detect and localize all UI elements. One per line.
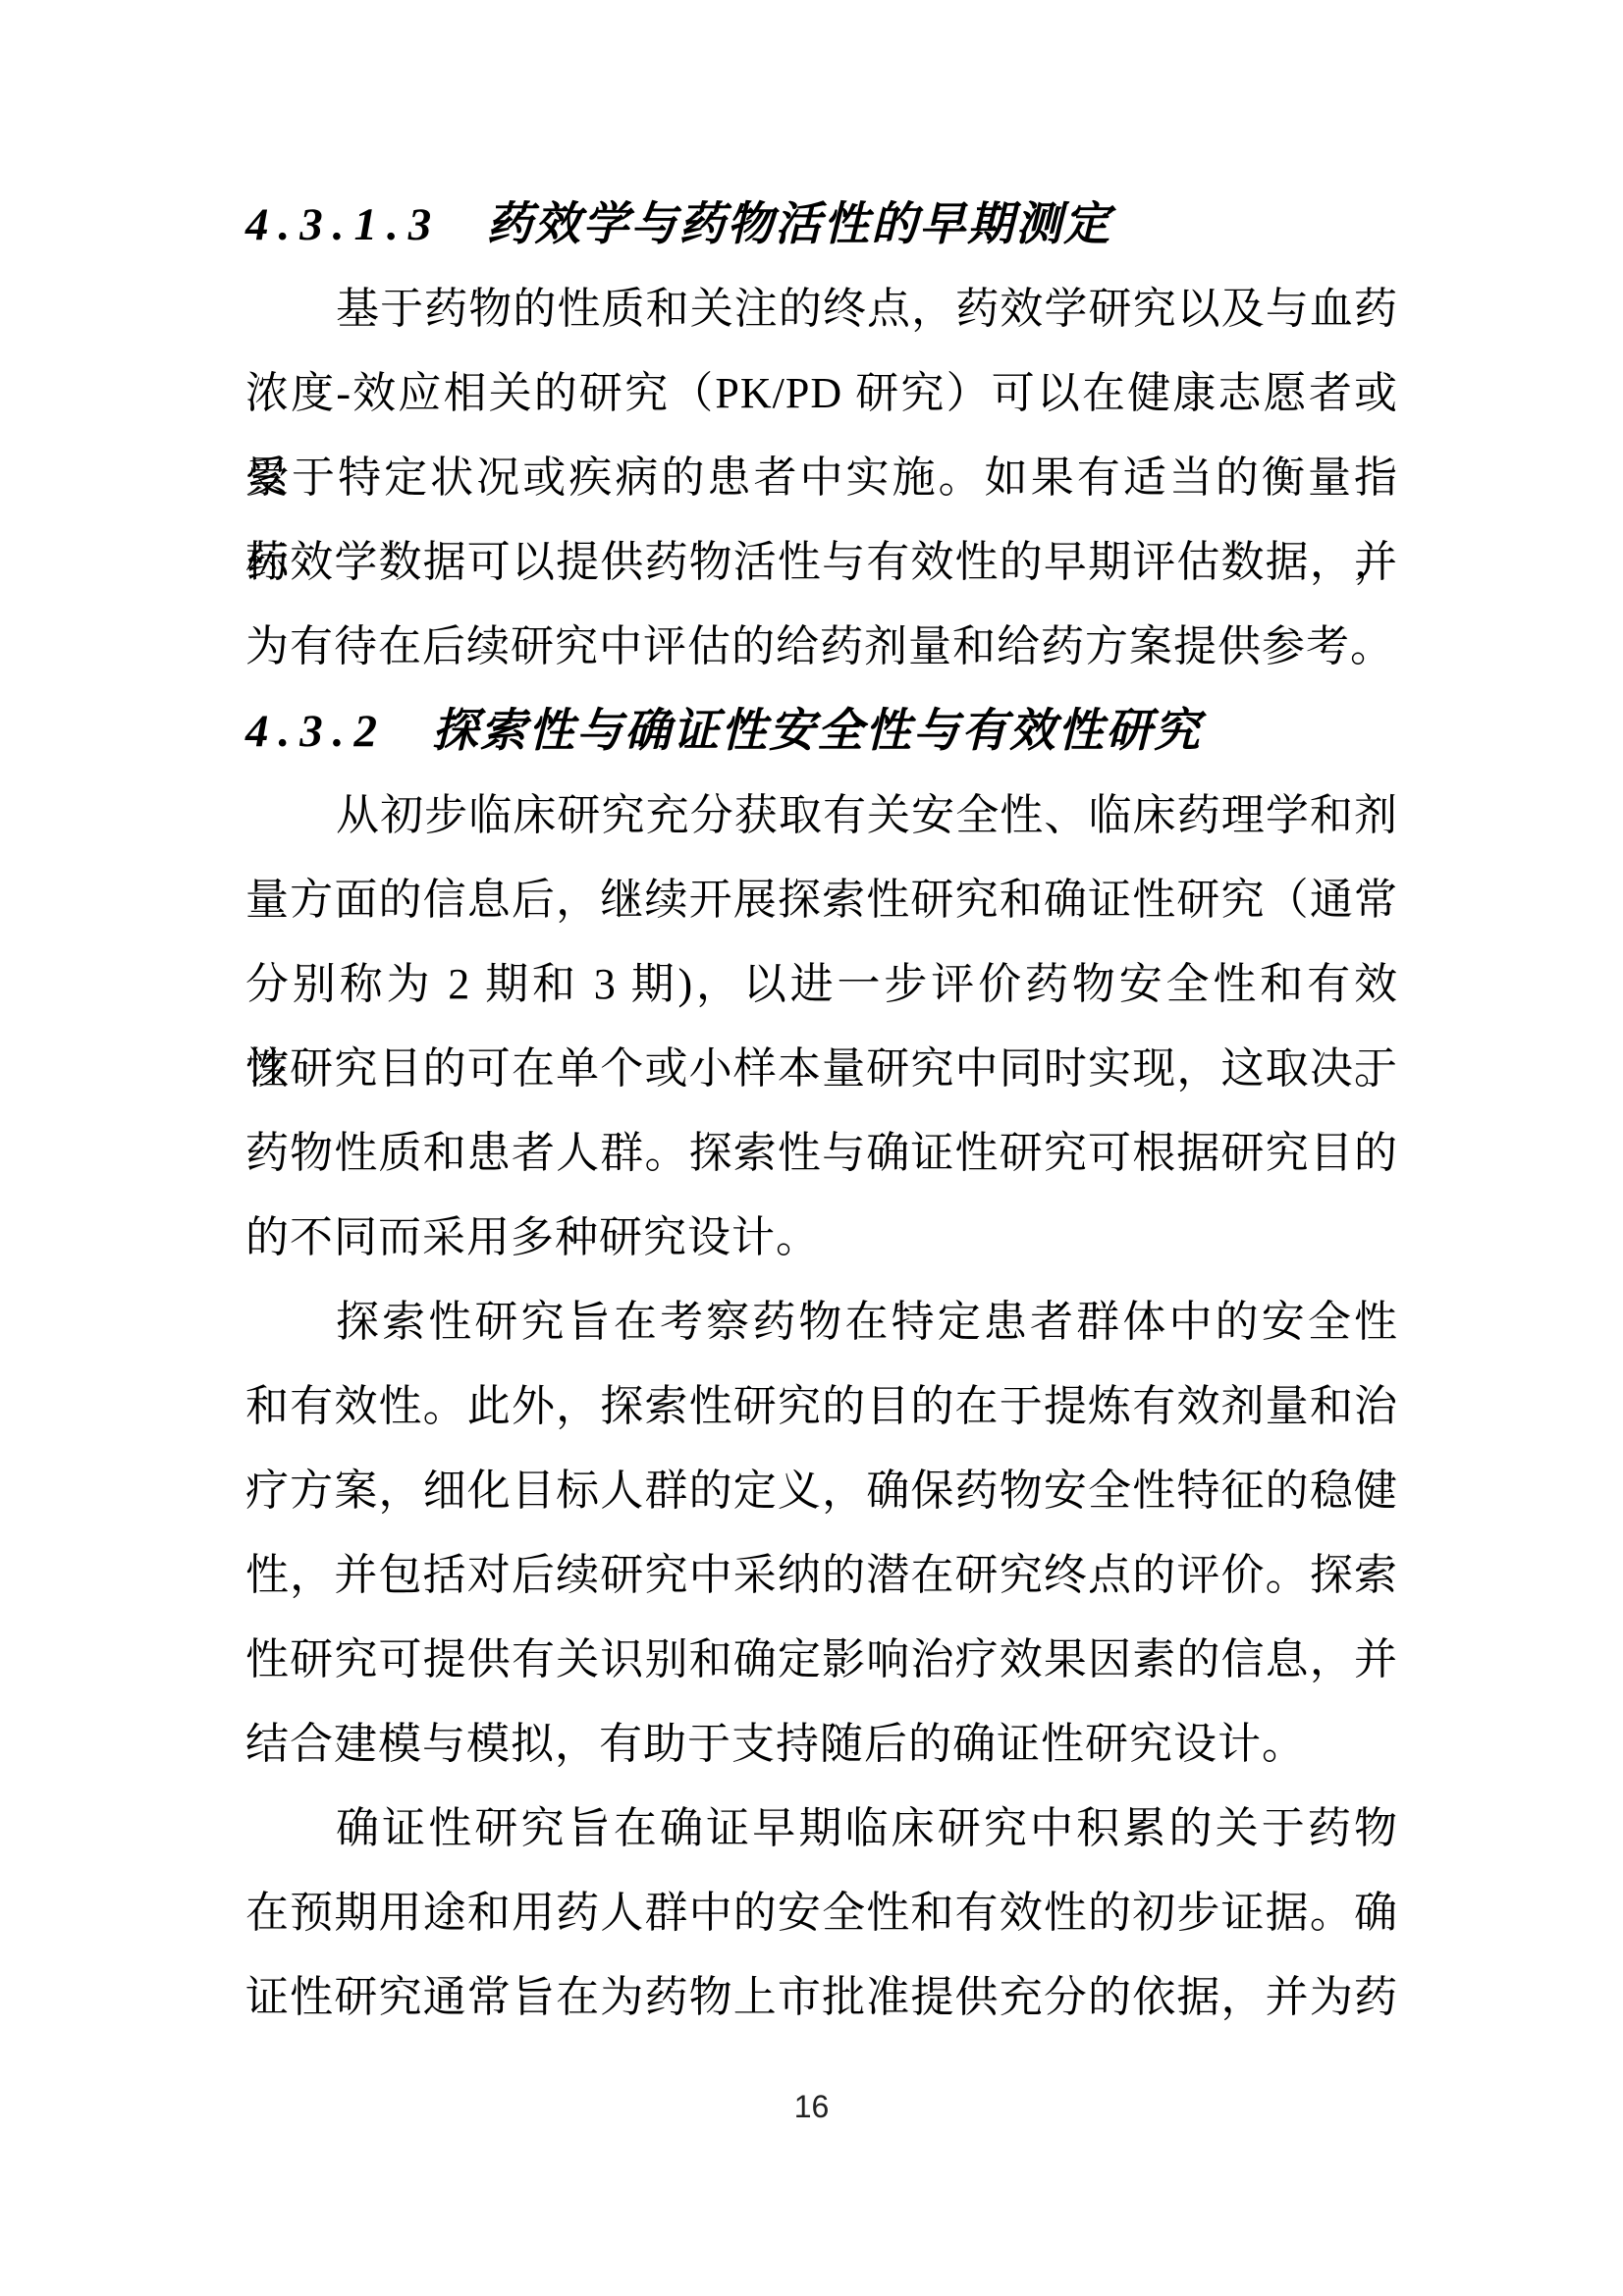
body-text-line: 分别称为 2 期和 3 期)，以进一步评价药物安全性和有效性。 <box>245 942 1398 1027</box>
body-text-line: 药效学数据可以提供药物活性与有效性的早期评估数据，并 <box>245 520 1398 605</box>
body-text-line: 疗方案，细化目标人群的定义，确保药物安全性特征的稳健 <box>245 1449 1398 1533</box>
section-number: 4.3.1.3 <box>245 199 441 250</box>
body-text-line: 从初步临床研究充分获取有关安全性、临床药理学和剂 <box>245 774 1398 858</box>
body-text-line: 累于特定状况或疾病的患者中实施。如果有适当的衡量指标， <box>245 436 1398 520</box>
body-text-line: 为有待在后续研究中评估的给药剂量和给药方案提供参考。 <box>245 605 1398 689</box>
section-number: 4.3.2 <box>245 706 387 757</box>
body-text-line: 的不同而采用多种研究设计。 <box>245 1196 1398 1280</box>
body-text-line: 基于药物的性质和关注的终点，药效学研究以及与血药 <box>245 267 1398 351</box>
document-page: 4.3.1.3药效学与药物活性的早期测定基于药物的性质和关注的终点，药效学研究以… <box>0 0 1623 2296</box>
section-heading: 4.3.2探索性与确证性安全性与有效性研究 <box>245 689 1398 774</box>
section-heading: 4.3.1.3药效学与药物活性的早期测定 <box>245 183 1398 267</box>
body-text-line: 性，并包括对后续研究中采纳的潜在研究终点的评价。探索 <box>245 1533 1398 1618</box>
section-title: 药效学与药物活性的早期测定 <box>486 199 1111 250</box>
body-text-line: 在预期用途和用药人群中的安全性和有效性的初步证据。确 <box>245 1871 1398 1955</box>
body-text-line: 确证性研究旨在确证早期临床研究中积累的关于药物 <box>245 1787 1398 1871</box>
page-number: 16 <box>0 2087 1623 2126</box>
body-text-line: 证性研究通常旨在为药物上市批准提供充分的依据，并为药 <box>245 1955 1398 2040</box>
body-text-line: 浓度-效应相关的研究（PK/PD 研究）可以在健康志愿者或受 <box>245 351 1398 436</box>
body-text-line: 量方面的信息后，继续开展探索性研究和确证性研究（通常 <box>245 858 1398 942</box>
body-text-line: 探索性研究旨在考察药物在特定患者群体中的安全性 <box>245 1280 1398 1364</box>
body-text-line: 结合建模与模拟，有助于支持随后的确证性研究设计。 <box>245 1702 1398 1787</box>
text-block: 4.3.1.3药效学与药物活性的早期测定基于药物的性质和关注的终点，药效学研究以… <box>245 183 1398 2040</box>
body-text-line: 和有效性。此外，探索性研究的目的在于提炼有效剂量和治 <box>245 1364 1398 1449</box>
body-text-line: 该研究目的可在单个或小样本量研究中同时实现，这取决于 <box>245 1027 1398 1111</box>
body-text-line: 性研究可提供有关识别和确定影响治疗效果因素的信息，并 <box>245 1618 1398 1702</box>
body-text-line: 药物性质和患者人群。探索性与确证性研究可根据研究目的 <box>245 1111 1398 1196</box>
section-title: 探索性与确证性安全性与有效性研究 <box>432 706 1202 757</box>
